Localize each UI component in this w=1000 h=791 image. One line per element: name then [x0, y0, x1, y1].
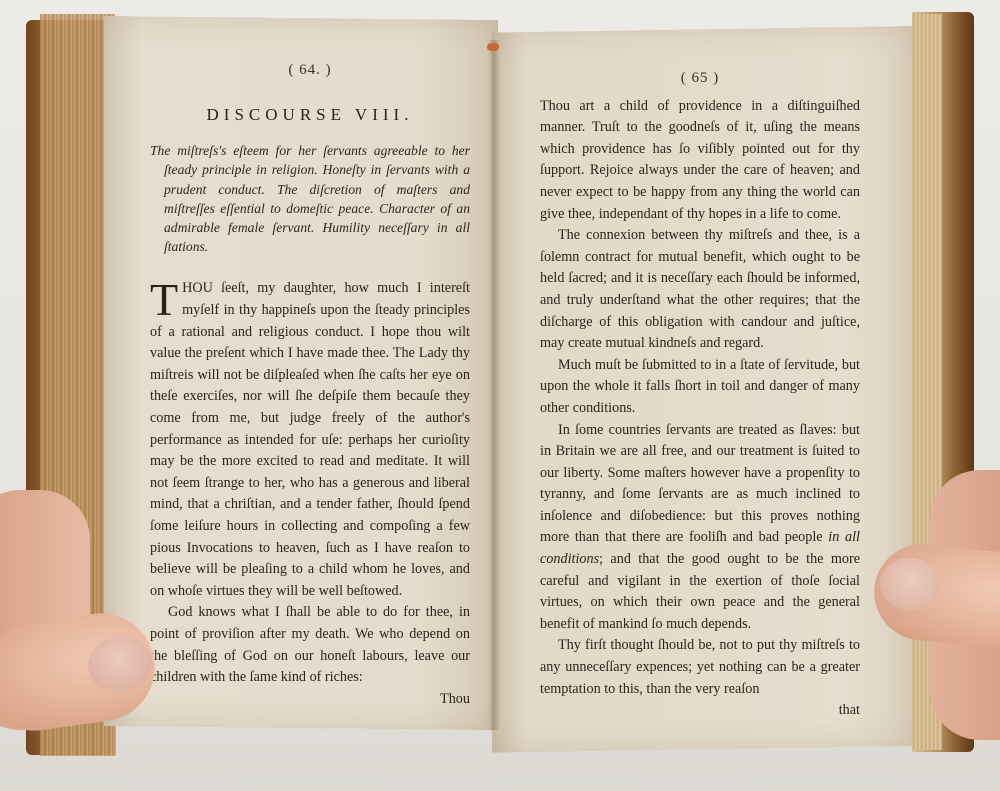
book-gutter — [488, 40, 500, 730]
paragraph: Much muſt be ſubmitted to in a ſtate of … — [540, 355, 860, 420]
paragraph: In ſome countries ſervants are treated a… — [540, 420, 860, 636]
chapter-summary: The miſtreſs's eſteem for her ſervants a… — [150, 141, 470, 256]
page-number-right: ( 65 ) — [540, 68, 860, 90]
right-page-text: ( 65 ) Thou art a child of providence in… — [540, 68, 860, 722]
left-page-text: ( 64. ) DISCOURSE VIII. The miſtreſs's e… — [150, 60, 470, 710]
catchword: Thou — [150, 689, 470, 711]
photo-scene: ( 64. ) DISCOURSE VIII. The miſtreſs's e… — [0, 0, 1000, 791]
paragraph: Thou art a child of providence in a diſt… — [540, 96, 860, 226]
paragraph: THOU ſeeſt, my daughter, how much I inte… — [150, 278, 470, 602]
page-number-left: ( 64. ) — [150, 60, 470, 82]
chapter-heading: DISCOURSE VIII. — [150, 104, 470, 126]
drop-cap: T — [150, 281, 178, 319]
catchword: that — [540, 700, 860, 722]
paragraph: God knows what I ſhall be able to do for… — [150, 602, 470, 688]
headband — [487, 43, 499, 51]
paragraph: The connexion between thy miſtreſs and t… — [540, 225, 860, 355]
paragraph: Thy firſt thought ſhould be, not to put … — [540, 635, 860, 700]
